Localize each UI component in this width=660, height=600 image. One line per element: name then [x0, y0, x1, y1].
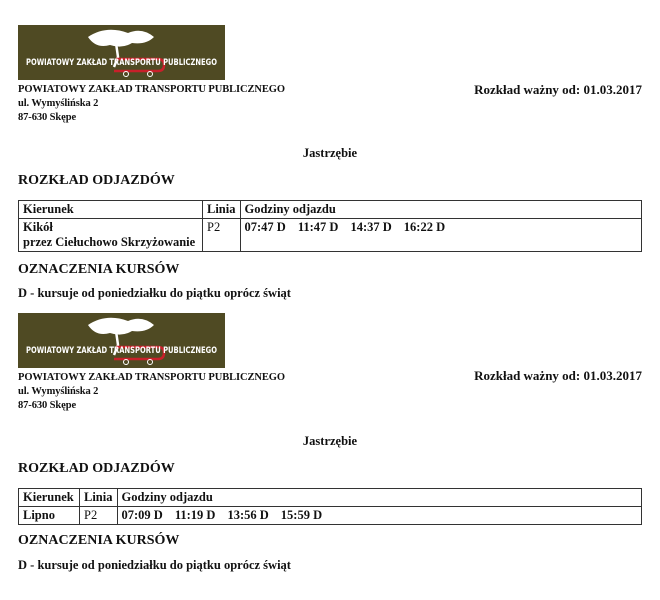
- table-row: Kikół przez Ciełuchowo Skrzyżowanie P2 0…: [19, 219, 642, 252]
- col-direction: Kierunek: [19, 489, 80, 507]
- col-line: Linia: [203, 201, 241, 219]
- svg-text:POWIATOWY ZAKŁAD TRANSPORTU PU: POWIATOWY ZAKŁAD TRANSPORTU PUBLICZNEGO: [26, 346, 217, 356]
- company-address: POWIATOWY ZAKŁAD TRANSPORTU PUBLICZNEGO …: [18, 83, 285, 125]
- departures-cell: 07:47 D11:47 D14:37 D16:22 D: [240, 219, 642, 252]
- line-cell: P2: [80, 507, 118, 525]
- departures-heading: ROZKŁAD ODJAZDÓW: [18, 461, 175, 477]
- col-direction: Kierunek: [19, 201, 203, 219]
- org-postal: 87-630 Skępe: [18, 111, 285, 125]
- direction-cell: Lipno: [19, 507, 80, 525]
- company-address: POWIATOWY ZAKŁAD TRANSPORTU PUBLICZNEGO …: [18, 371, 285, 413]
- col-departures: Godziny odjazdu: [117, 489, 642, 507]
- col-line: Linia: [80, 489, 118, 507]
- tree-bus-icon: POWIATOWY ZAKŁAD TRANSPORTU PUBLICZNEGO: [18, 25, 225, 80]
- departures-table: Kierunek Linia Godziny odjazdu Kikół prz…: [18, 200, 642, 252]
- org-postal: 87-630 Skępe: [18, 399, 285, 413]
- departures-heading: ROZKŁAD ODJAZDÓW: [18, 173, 175, 189]
- legend-text: D - kursuje od poniedziałku do piątku op…: [18, 286, 291, 301]
- org-name: POWIATOWY ZAKŁAD TRANSPORTU PUBLICZNEGO: [18, 371, 285, 385]
- line-cell: P2: [203, 219, 241, 252]
- org-street: ul. Wymyślińska 2: [18, 385, 285, 399]
- table-header-row: Kierunek Linia Godziny odjazdu: [19, 201, 642, 219]
- departures-table: Kierunek Linia Godziny odjazdu Lipno P2 …: [18, 488, 642, 525]
- legend-heading: OZNACZENIA KURSÓW: [18, 262, 179, 278]
- stop-name: Jastrzębie: [0, 146, 660, 161]
- svg-text:POWIATOWY ZAKŁAD TRANSPORTU PU: POWIATOWY ZAKŁAD TRANSPORTU PUBLICZNEGO: [26, 58, 217, 68]
- valid-from: Rozkład ważny od: 01.03.2017: [474, 368, 642, 384]
- table-row: Lipno P2 07:09 D11:19 D13:56 D15:59 D: [19, 507, 642, 525]
- legend-text: D - kursuje od poniedziałku do piątku op…: [18, 558, 291, 573]
- table-header-row: Kierunek Linia Godziny odjazdu: [19, 489, 642, 507]
- org-street: ul. Wymyślińska 2: [18, 97, 285, 111]
- departures-cell: 07:09 D11:19 D13:56 D15:59 D: [117, 507, 642, 525]
- company-logo: POWIATOWY ZAKŁAD TRANSPORTU PUBLICZNEGO: [18, 313, 225, 368]
- legend-heading: OZNACZENIA KURSÓW: [18, 533, 179, 549]
- org-name: POWIATOWY ZAKŁAD TRANSPORTU PUBLICZNEGO: [18, 83, 285, 97]
- direction-cell: Kikół przez Ciełuchowo Skrzyżowanie: [19, 219, 203, 252]
- tree-bus-icon: POWIATOWY ZAKŁAD TRANSPORTU PUBLICZNEGO: [18, 313, 225, 368]
- company-logo: POWIATOWY ZAKŁAD TRANSPORTU PUBLICZNEGO: [18, 25, 225, 80]
- valid-from: Rozkład ważny od: 01.03.2017: [474, 82, 642, 98]
- col-departures: Godziny odjazdu: [240, 201, 642, 219]
- stop-name: Jastrzębie: [0, 434, 660, 449]
